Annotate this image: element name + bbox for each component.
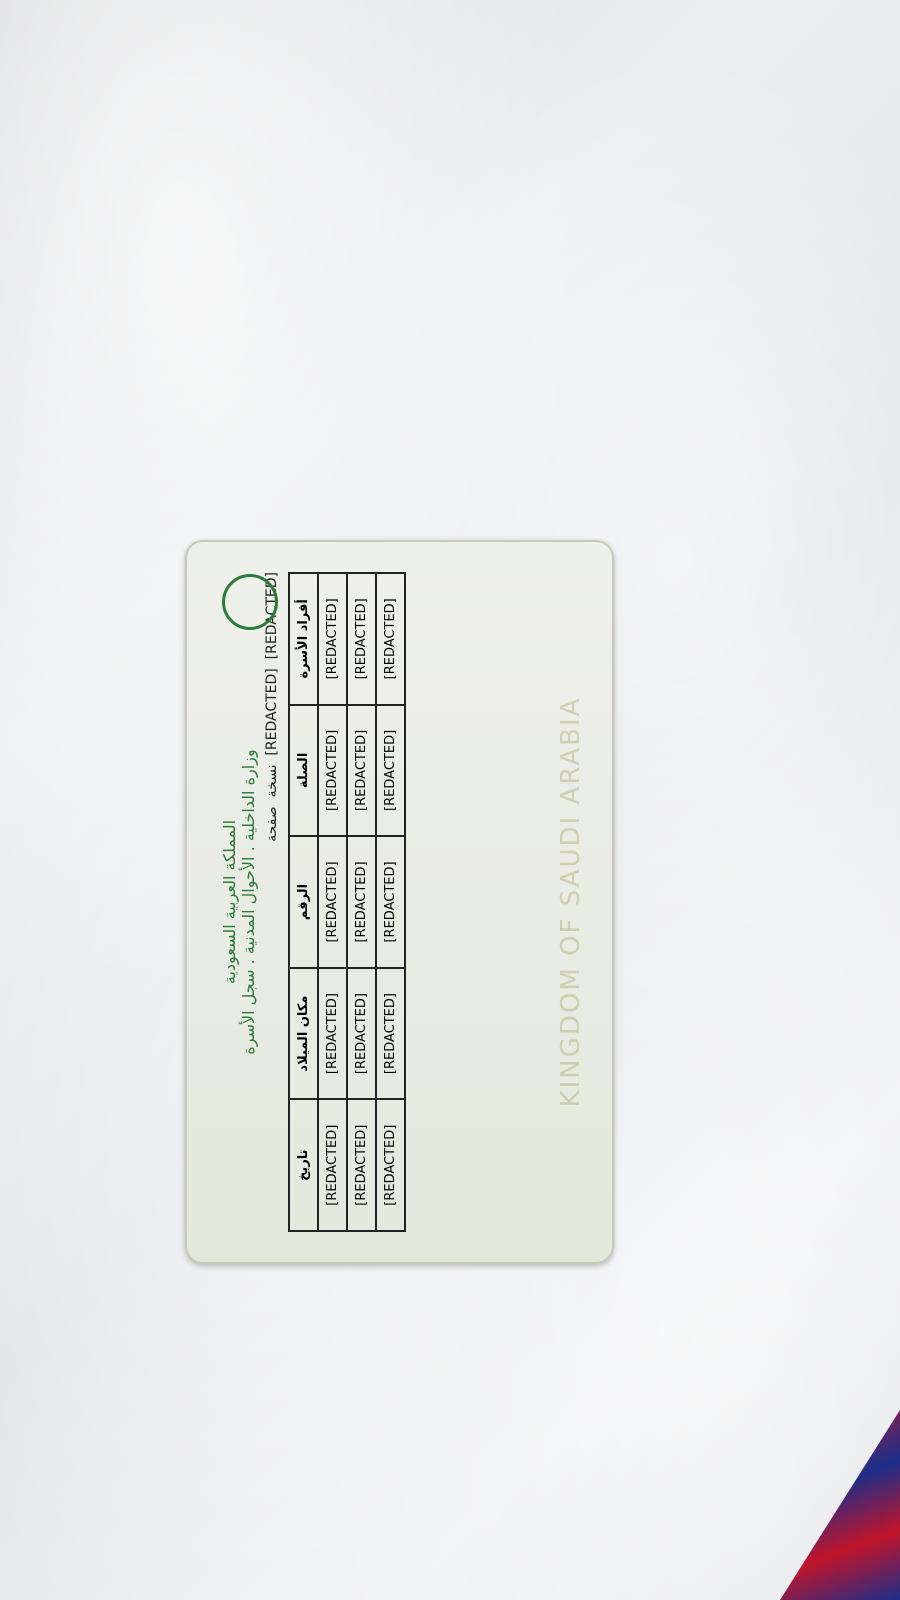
family-table: أفراد الأسرة الصلة الرقم مكان الميلاد تا… [288,572,406,1232]
watermark: KINGDOM OF SAUDI ARABIA [556,572,586,1232]
table-row: [REDACTED][REDACTED][REDACTED][REDACTED]… [376,573,405,1231]
col-members: أفراد الأسرة [289,573,318,705]
table-row: [REDACTED][REDACTED][REDACTED][REDACTED]… [347,573,376,1231]
page-label: صفحة [264,806,280,842]
col-birthplace: مكان الميلاد [289,968,318,1100]
col-relation: الصلة [289,705,318,837]
holder-line: [REDACTED] [REDACTED] نسخة صفحة [264,572,280,1232]
record-number: [REDACTED] [264,668,280,755]
registry-card: المملكة العربية السعودية وزارة الداخلية … [185,540,614,1264]
card-content: المملكة العربية السعودية وزارة الداخلية … [200,552,600,1252]
card-header-1: المملكة العربية السعودية [220,572,239,1232]
card-header-2: وزارة الداخلية . الأحوال المدنية . سجل ا… [239,572,258,1232]
emblem-icon [222,574,278,630]
copy-label: نسخة [264,765,280,798]
table-row: [REDACTED][REDACTED][REDACTED][REDACTED]… [318,573,347,1231]
col-date: تاريخ [289,1099,318,1231]
col-number: الرقم [289,836,318,968]
